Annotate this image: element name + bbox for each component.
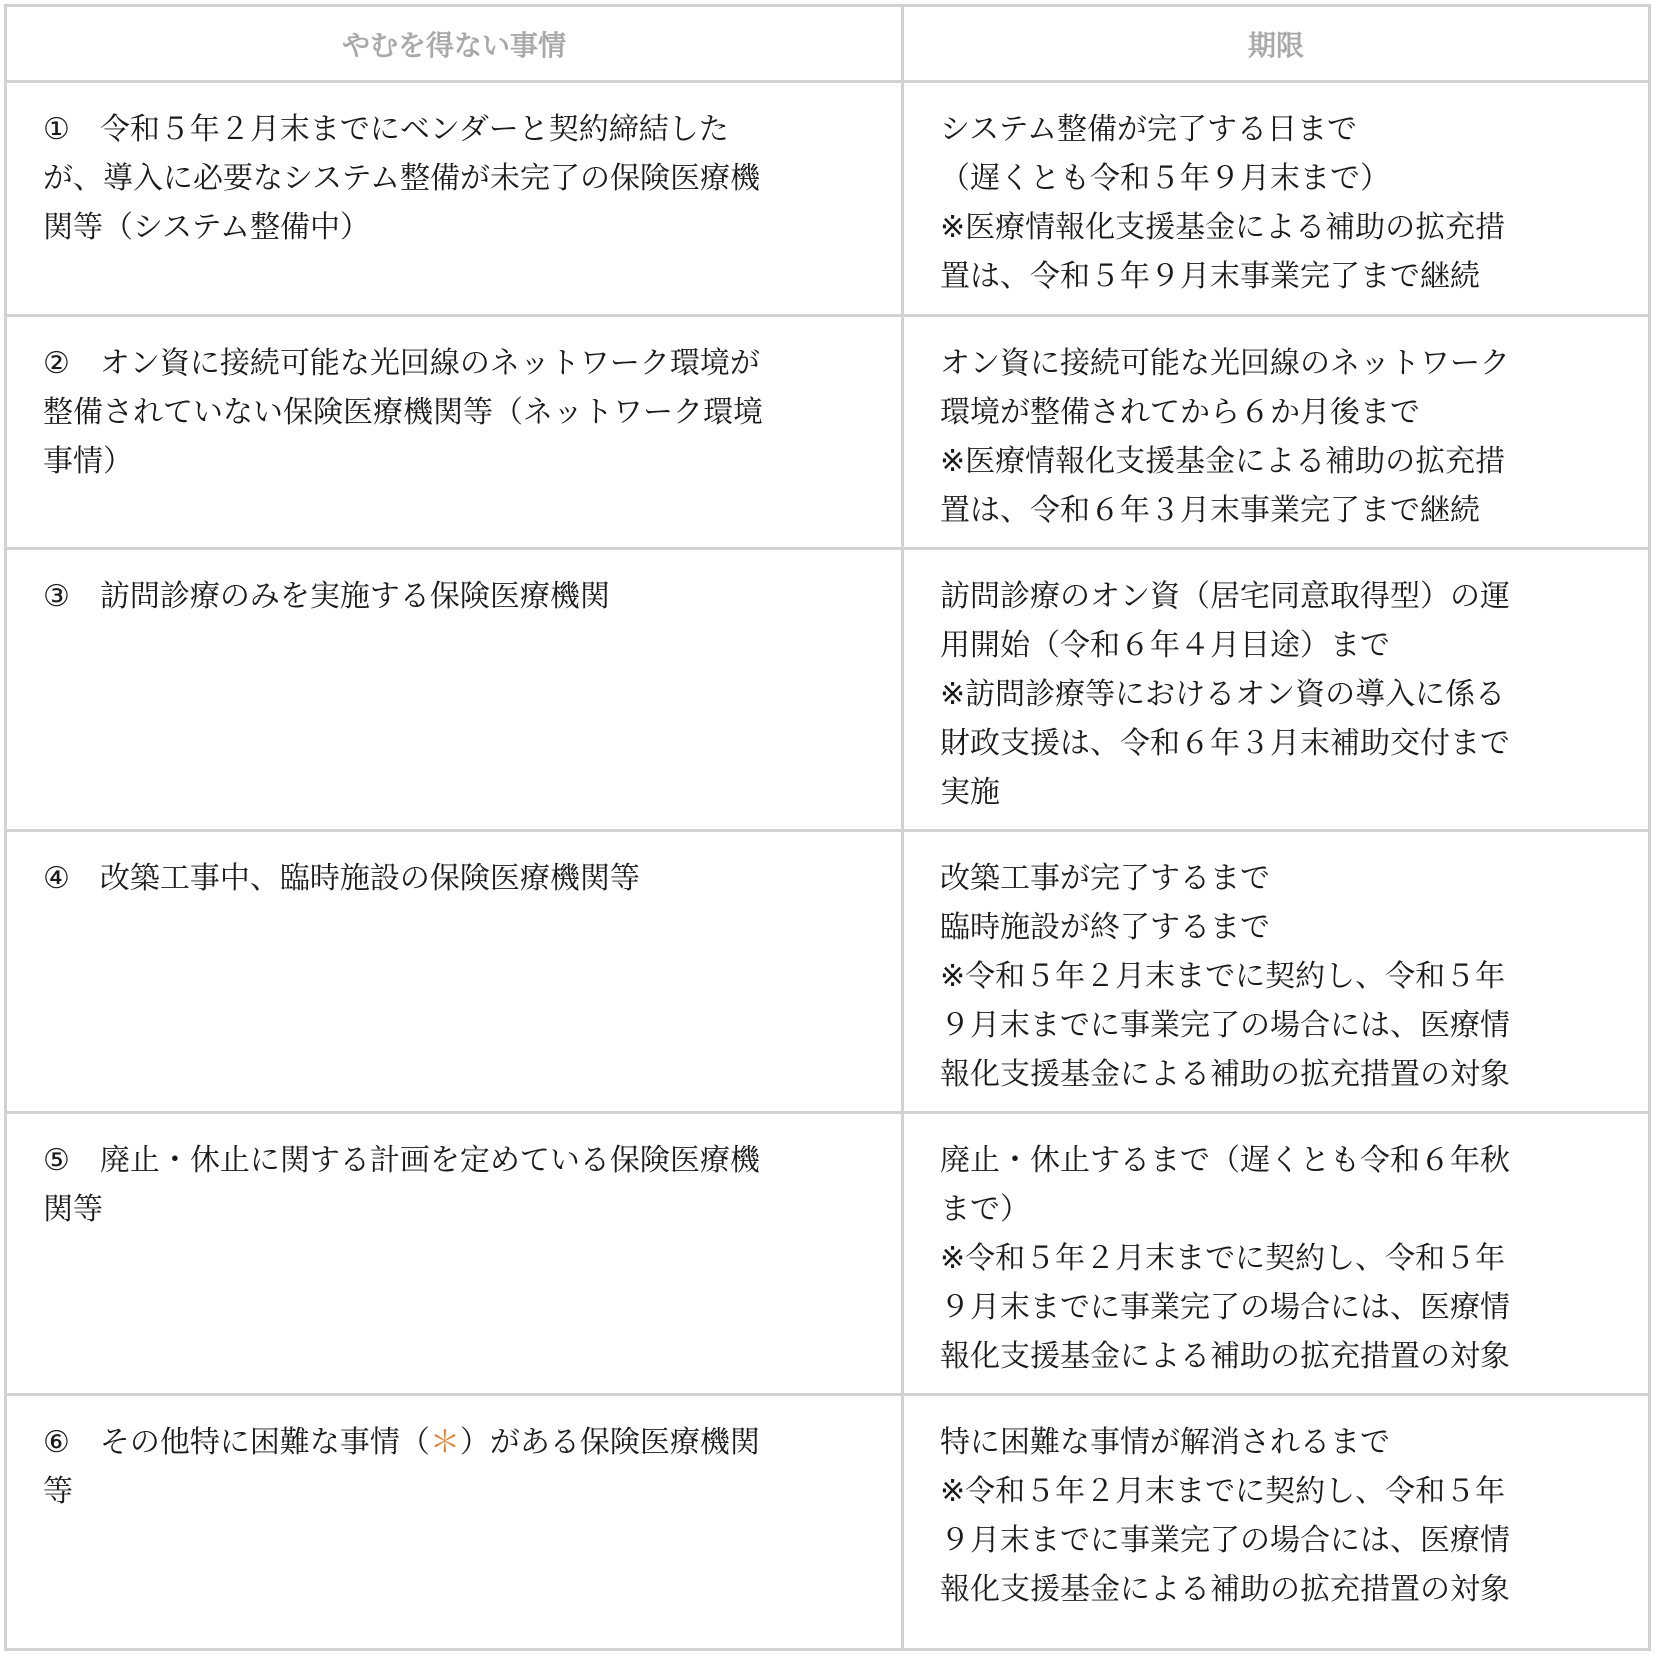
circumstance-cell: ⑥ その他特に困難な事情（＊）がある保険医療機関 等 xyxy=(6,1395,903,1650)
text-line: 改築工事が完了するまで xyxy=(940,854,1628,903)
circumstance-cell: ③ 訪問診療のみを実施する保険医療機関 xyxy=(6,549,903,831)
text-line: 関等 xyxy=(43,1185,881,1234)
header-deadline: 期限 xyxy=(903,6,1650,82)
text-line: ③ 訪問診療のみを実施する保険医療機関 xyxy=(43,572,881,621)
note-line: ※令和５年２月末までに契約し、令和５年 xyxy=(940,1467,1628,1516)
deadline-cell: オン資に接続可能な光回線のネットワーク 環境が整備されてから６か月後まで ※医療… xyxy=(903,316,1650,549)
note-line: ※訪問診療等におけるオン資の導入に係る xyxy=(940,670,1628,719)
note-line: 置は、令和６年３月末事業完了まで継続 xyxy=(940,486,1628,535)
text-line: が、導入に必要なシステム整備が未完了の保険医療機 xyxy=(43,154,881,203)
text-line: 特に困難な事情が解消されるまで xyxy=(940,1418,1628,1467)
circumstance-cell: ⑤ 廃止・休止に関する計画を定めている保険医療機 関等 xyxy=(6,1113,903,1395)
header-row: やむを得ない事情 期限 xyxy=(6,6,1650,82)
asterisk-icon: ＊ xyxy=(430,1425,460,1460)
circumstance-cell: ② オン資に接続可能な光回線のネットワーク環境が 整備されていない保険医療機関等… xyxy=(6,316,903,549)
note-line: ※令和５年２月末までに契約し、令和５年 xyxy=(940,952,1628,1001)
text-line: 整備されていない保険医療機関等（ネットワーク環境 xyxy=(43,388,881,437)
note-line: ※医療情報化支援基金による補助の拡充措 xyxy=(940,203,1628,252)
deadline-cell: 特に困難な事情が解消されるまで ※令和５年２月末までに契約し、令和５年 ９月末ま… xyxy=(903,1395,1650,1650)
text-line: 関等（システム整備中） xyxy=(43,203,881,252)
note-line: ※令和５年２月末までに契約し、令和５年 xyxy=(940,1234,1628,1283)
text-line: まで） xyxy=(940,1185,1628,1234)
text-line: 環境が整備されてから６か月後まで xyxy=(940,388,1628,437)
deadline-cell: 改築工事が完了するまで 臨時施設が終了するまで ※令和５年２月末までに契約し、令… xyxy=(903,831,1650,1113)
text-line: オン資に接続可能な光回線のネットワーク xyxy=(940,339,1628,388)
text-line: ④ 改築工事中、臨時施設の保険医療機関等 xyxy=(43,854,881,903)
note-line: ※医療情報化支援基金による補助の拡充措 xyxy=(940,437,1628,486)
circumstance-cell: ① 令和５年２月末までにベンダーと契約締結した が、導入に必要なシステム整備が未… xyxy=(6,82,903,316)
note-line: ９月末までに事業完了の場合には、医療情 xyxy=(940,1283,1628,1332)
note-line: 実施 xyxy=(940,768,1628,817)
text-line: （遅くとも令和５年９月末まで） xyxy=(940,154,1628,203)
exceptions-table: やむを得ない事情 期限 ① 令和５年２月末までにベンダーと契約締結した が、導入… xyxy=(4,4,1651,1651)
table-row: ④ 改築工事中、臨時施設の保険医療機関等 改築工事が完了するまで 臨時施設が終了… xyxy=(6,831,1650,1113)
text-line: 臨時施設が終了するまで xyxy=(940,903,1628,952)
text-line: 事情） xyxy=(43,437,881,486)
text-segment: ）がある保険医療機関 xyxy=(460,1425,760,1460)
text-line: ② オン資に接続可能な光回線のネットワーク環境が xyxy=(43,339,881,388)
text-line: 等 xyxy=(43,1467,881,1516)
note-line: 財政支援は、令和６年３月末補助交付まで xyxy=(940,719,1628,768)
note-line: 置は、令和５年９月末事業完了まで継続 xyxy=(940,252,1628,301)
text-segment: ⑥ その他特に困難な事情（ xyxy=(43,1425,430,1460)
deadline-cell: システム整備が完了する日まで （遅くとも令和５年９月末まで） ※医療情報化支援基… xyxy=(903,82,1650,316)
table-row: ⑤ 廃止・休止に関する計画を定めている保険医療機 関等 廃止・休止するまで（遅く… xyxy=(6,1113,1650,1395)
deadline-cell: 廃止・休止するまで（遅くとも令和６年秋 まで） ※令和５年２月末までに契約し、令… xyxy=(903,1113,1650,1395)
note-line: 報化支援基金による補助の拡充措置の対象 xyxy=(940,1332,1628,1381)
deadline-cell: 訪問診療のオン資（居宅同意取得型）の運 用開始（令和６年４月目途）まで ※訪問診… xyxy=(903,549,1650,831)
table-row: ③ 訪問診療のみを実施する保険医療機関 訪問診療のオン資（居宅同意取得型）の運 … xyxy=(6,549,1650,831)
text-line: 用開始（令和６年４月目途）まで xyxy=(940,621,1628,670)
table-row: ① 令和５年２月末までにベンダーと契約締結した が、導入に必要なシステム整備が未… xyxy=(6,82,1650,316)
note-line: 報化支援基金による補助の拡充措置の対象 xyxy=(940,1050,1628,1099)
table-row: ② オン資に接続可能な光回線のネットワーク環境が 整備されていない保険医療機関等… xyxy=(6,316,1650,549)
note-line: 報化支援基金による補助の拡充措置の対象 xyxy=(940,1565,1628,1614)
text-line: システム整備が完了する日まで xyxy=(940,105,1628,154)
text-line: ⑥ その他特に困難な事情（＊）がある保険医療機関 xyxy=(43,1418,881,1467)
header-circumstance: やむを得ない事情 xyxy=(6,6,903,82)
note-line: ９月末までに事業完了の場合には、医療情 xyxy=(940,1001,1628,1050)
text-line: ⑤ 廃止・休止に関する計画を定めている保険医療機 xyxy=(43,1136,881,1185)
note-line: ９月末までに事業完了の場合には、医療情 xyxy=(940,1516,1628,1565)
text-line: 廃止・休止するまで（遅くとも令和６年秋 xyxy=(940,1136,1628,1185)
circumstance-cell: ④ 改築工事中、臨時施設の保険医療機関等 xyxy=(6,831,903,1113)
text-line: 訪問診療のオン資（居宅同意取得型）の運 xyxy=(940,572,1628,621)
text-line: ① 令和５年２月末までにベンダーと契約締結した xyxy=(43,105,881,154)
table-row: ⑥ その他特に困難な事情（＊）がある保険医療機関 等 特に困難な事情が解消される… xyxy=(6,1395,1650,1650)
